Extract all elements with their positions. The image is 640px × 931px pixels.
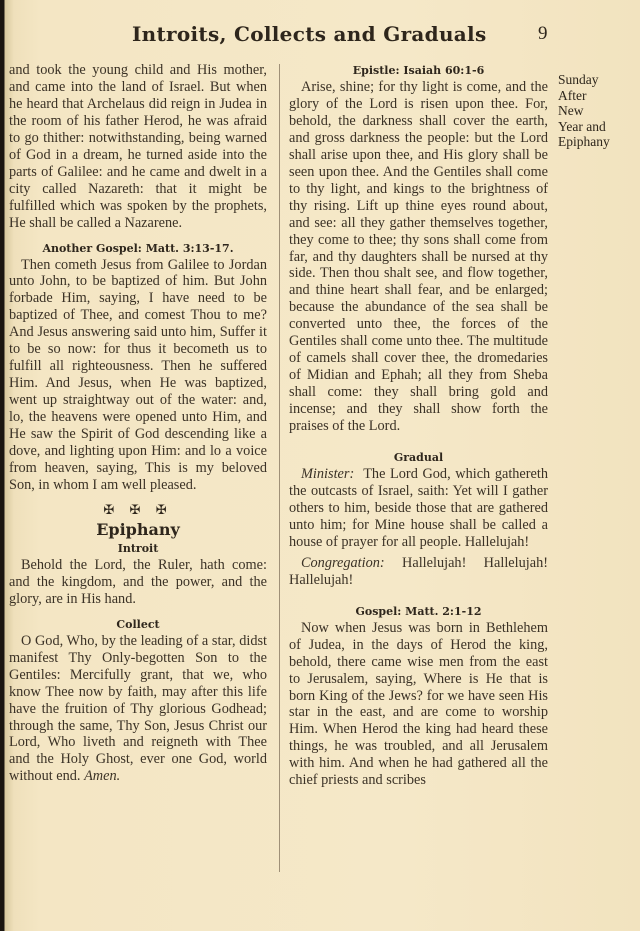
running-title: Introits, Collects and Graduals (132, 22, 487, 46)
margin-note-line: New (558, 103, 638, 119)
book-page: Introits, Collects and Graduals 9 and to… (0, 0, 640, 931)
gospel-text: Now when Jesus was born in Bethlehem of … (289, 620, 548, 790)
introit-text: Behold the Lord, the Ruler, hath come: a… (9, 557, 267, 608)
page-header: Introits, Collects and Graduals 9 (0, 20, 640, 50)
congregation-label: Congregation: (301, 555, 385, 571)
margin-note-line: Epiphany (558, 134, 638, 150)
margin-note-line: After (558, 88, 638, 104)
introit-heading: Introit (9, 540, 267, 557)
feast-title: Epiphany (9, 520, 267, 540)
collect-heading: Collect (9, 616, 267, 633)
continued-gospel-text: and took the young child and His mother,… (9, 62, 267, 232)
gradual-heading: Gradual (289, 449, 548, 466)
gradual-minister: Minister: The Lord God, which gathereth … (289, 466, 548, 551)
right-column: Epistle: Isaiah 60:1-6 Arise, shine; for… (289, 62, 548, 789)
epistle-heading: Epistle: Isaiah 60:1-6 (289, 62, 548, 79)
left-column: and took the young child and His mother,… (9, 62, 267, 785)
collect-amen: Amen. (84, 768, 120, 784)
gospel-heading: Gospel: Matt. 2:1-12 (289, 603, 548, 620)
minister-label: Minister: (301, 466, 354, 482)
cross-ornament-icon: ✠ ✠ ✠ (9, 502, 267, 518)
epistle-text: Arise, shine; for thy light is come, and… (289, 79, 548, 435)
collect-body: O God, Who, by the leading of a star, di… (9, 633, 267, 785)
another-gospel-text: Then cometh Jesus from Galilee to Jordan… (9, 257, 267, 494)
gradual-congregation: Congregation: Hallelujah! Hallelujah! Ha… (289, 555, 548, 589)
column-divider (279, 64, 280, 872)
page-number: 9 (538, 23, 548, 45)
collect-text: O God, Who, by the leading of a star, di… (9, 633, 267, 786)
margin-note-line: Sunday (558, 72, 638, 88)
another-gospel-heading: Another Gospel: Matt. 3:13-17. (9, 240, 267, 257)
margin-note-line: Year and (558, 119, 638, 135)
margin-note-sunday: Sunday After New Year and Epiphany (558, 72, 638, 150)
